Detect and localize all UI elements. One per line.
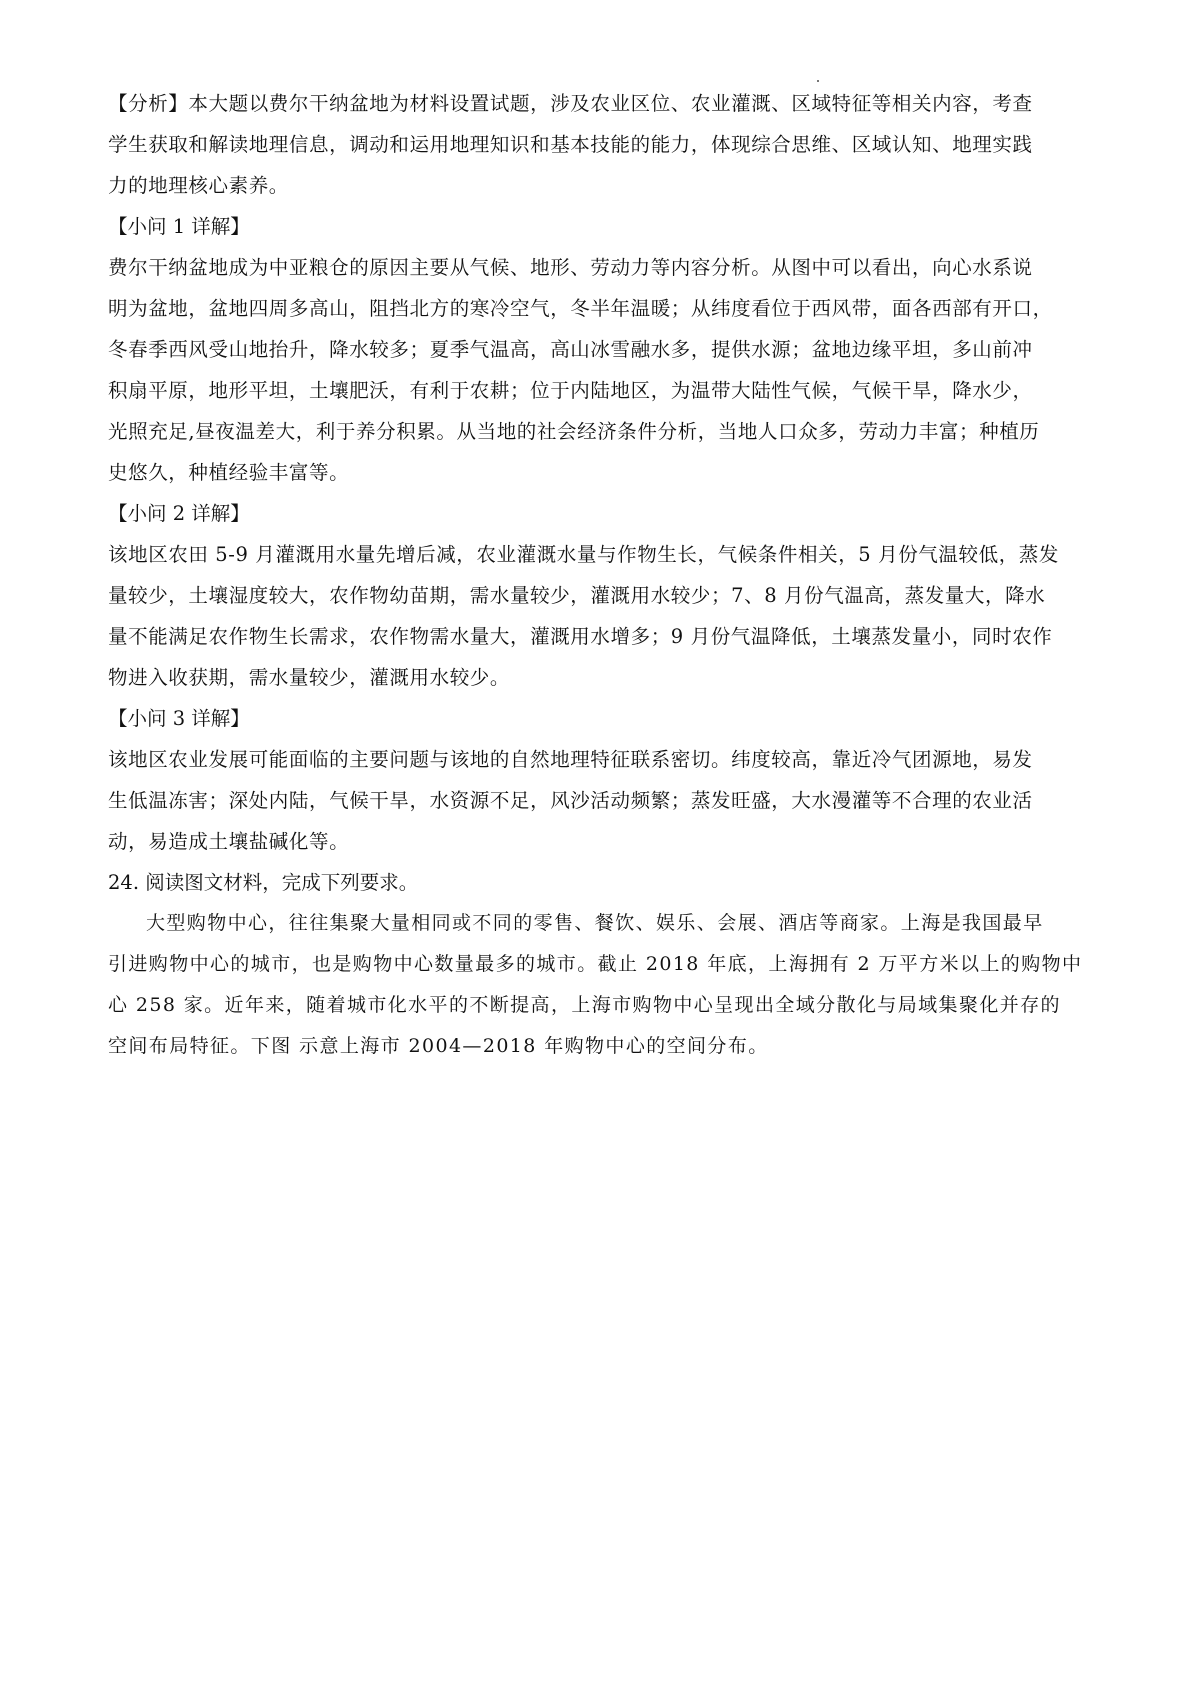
material-line: 大型购物中心，往往集聚大量相同或不同的零售、餐饮、娱乐、会展、酒店等商家。上海是…	[108, 906, 1098, 941]
q3-line: 该地区农业发展可能面临的主要问题与该地的自然地理特征联系密切。纬度较高，靠近冷气…	[108, 742, 1098, 777]
document-page: 【分析】本大题以费尔干纳盆地为材料设置试题，涉及农业区位、农业灌溉、区域特征等相…	[108, 86, 1098, 1070]
question-24-section: 24. 阅读图文材料，完成下列要求。 大型购物中心，往往集聚大量相同或不同的零售…	[108, 865, 1098, 1064]
q1-line: 光照充足,昼夜温差大，利于养分积累。从当地的社会经济条件分析，当地人口众多，劳动…	[108, 414, 1098, 449]
q1-line: 费尔干纳盆地成为中亚粮仓的原因主要从气候、地形、劳动力等内容分析。从图中可以看出…	[108, 250, 1098, 285]
scan-dot-mark	[817, 80, 819, 82]
q3-line: 生低温冻害；深处内陆，气候干旱，水资源不足，风沙活动频繁；蒸发旺盛，大水漫灌等不…	[108, 783, 1098, 818]
question-24-material: 大型购物中心，往往集聚大量相同或不同的零售、餐饮、娱乐、会展、酒店等商家。上海是…	[108, 906, 1098, 1064]
q3-line: 动，易造成土壤盐碱化等。	[108, 824, 1098, 859]
q2-line: 物进入收获期，需水量较少，灌溉用水较少。	[108, 660, 1098, 695]
q2-section: 【小问 2 详解】 该地区农田 5-9 月灌溉用水量先增后减，农业灌溉水量与作物…	[108, 496, 1098, 695]
q1-line: 冬春季西风受山地抬升，降水较多；夏季气温高，高山冰雪融水多，提供水源；盆地边缘平…	[108, 332, 1098, 367]
q3-section: 【小问 3 详解】 该地区农业发展可能面临的主要问题与该地的自然地理特征联系密切…	[108, 701, 1098, 859]
q3-heading: 【小问 3 详解】	[108, 701, 1098, 736]
analysis-line: 【分析】本大题以费尔干纳盆地为材料设置试题，涉及农业区位、农业灌溉、区域特征等相…	[108, 86, 1098, 121]
analysis-line: 力的地理核心素养。	[108, 168, 1098, 203]
q1-section: 【小问 1 详解】 费尔干纳盆地成为中亚粮仓的原因主要从气候、地形、劳动力等内容…	[108, 209, 1098, 490]
q1-line: 积扇平原，地形平坦，土壤肥沃，有利于农耕；位于内陆地区，为温带大陆性气候，气候干…	[108, 373, 1098, 408]
question-24-title: 24. 阅读图文材料，完成下列要求。	[108, 865, 1098, 900]
q2-line: 量不能满足农作物生长需求，农作物需水量大，灌溉用水增多；9 月份气温降低，土壤蒸…	[108, 619, 1098, 654]
analysis-line: 学生获取和解读地理信息，调动和运用地理知识和基本技能的能力，体现综合思维、区域认…	[108, 127, 1098, 162]
analysis-section: 【分析】本大题以费尔干纳盆地为材料设置试题，涉及农业区位、农业灌溉、区域特征等相…	[108, 86, 1098, 203]
material-line: 空间布局特征。下图 示意上海市 2004—2018 年购物中心的空间分布。	[108, 1029, 1098, 1064]
material-line: 心 258 家。近年来，随着城市化水平的不断提高，上海市购物中心呈现出全域分散化…	[108, 988, 1098, 1023]
q2-line: 该地区农田 5-9 月灌溉用水量先增后减，农业灌溉水量与作物生长，气候条件相关，…	[108, 537, 1098, 572]
q1-heading: 【小问 1 详解】	[108, 209, 1098, 244]
q2-line: 量较少，土壤湿度较大，农作物幼苗期，需水量较少，灌溉用水较少；7、8 月份气温高…	[108, 578, 1098, 613]
q1-line: 明为盆地，盆地四周多高山，阻挡北方的寒冷空气，冬半年温暖；从纬度看位于西风带，面…	[108, 291, 1098, 326]
q2-heading: 【小问 2 详解】	[108, 496, 1098, 531]
q1-line: 史悠久，种植经验丰富等。	[108, 455, 1098, 490]
material-line: 引进购物中心的城市，也是购物中心数量最多的城市。截止 2018 年底，上海拥有 …	[108, 947, 1098, 982]
